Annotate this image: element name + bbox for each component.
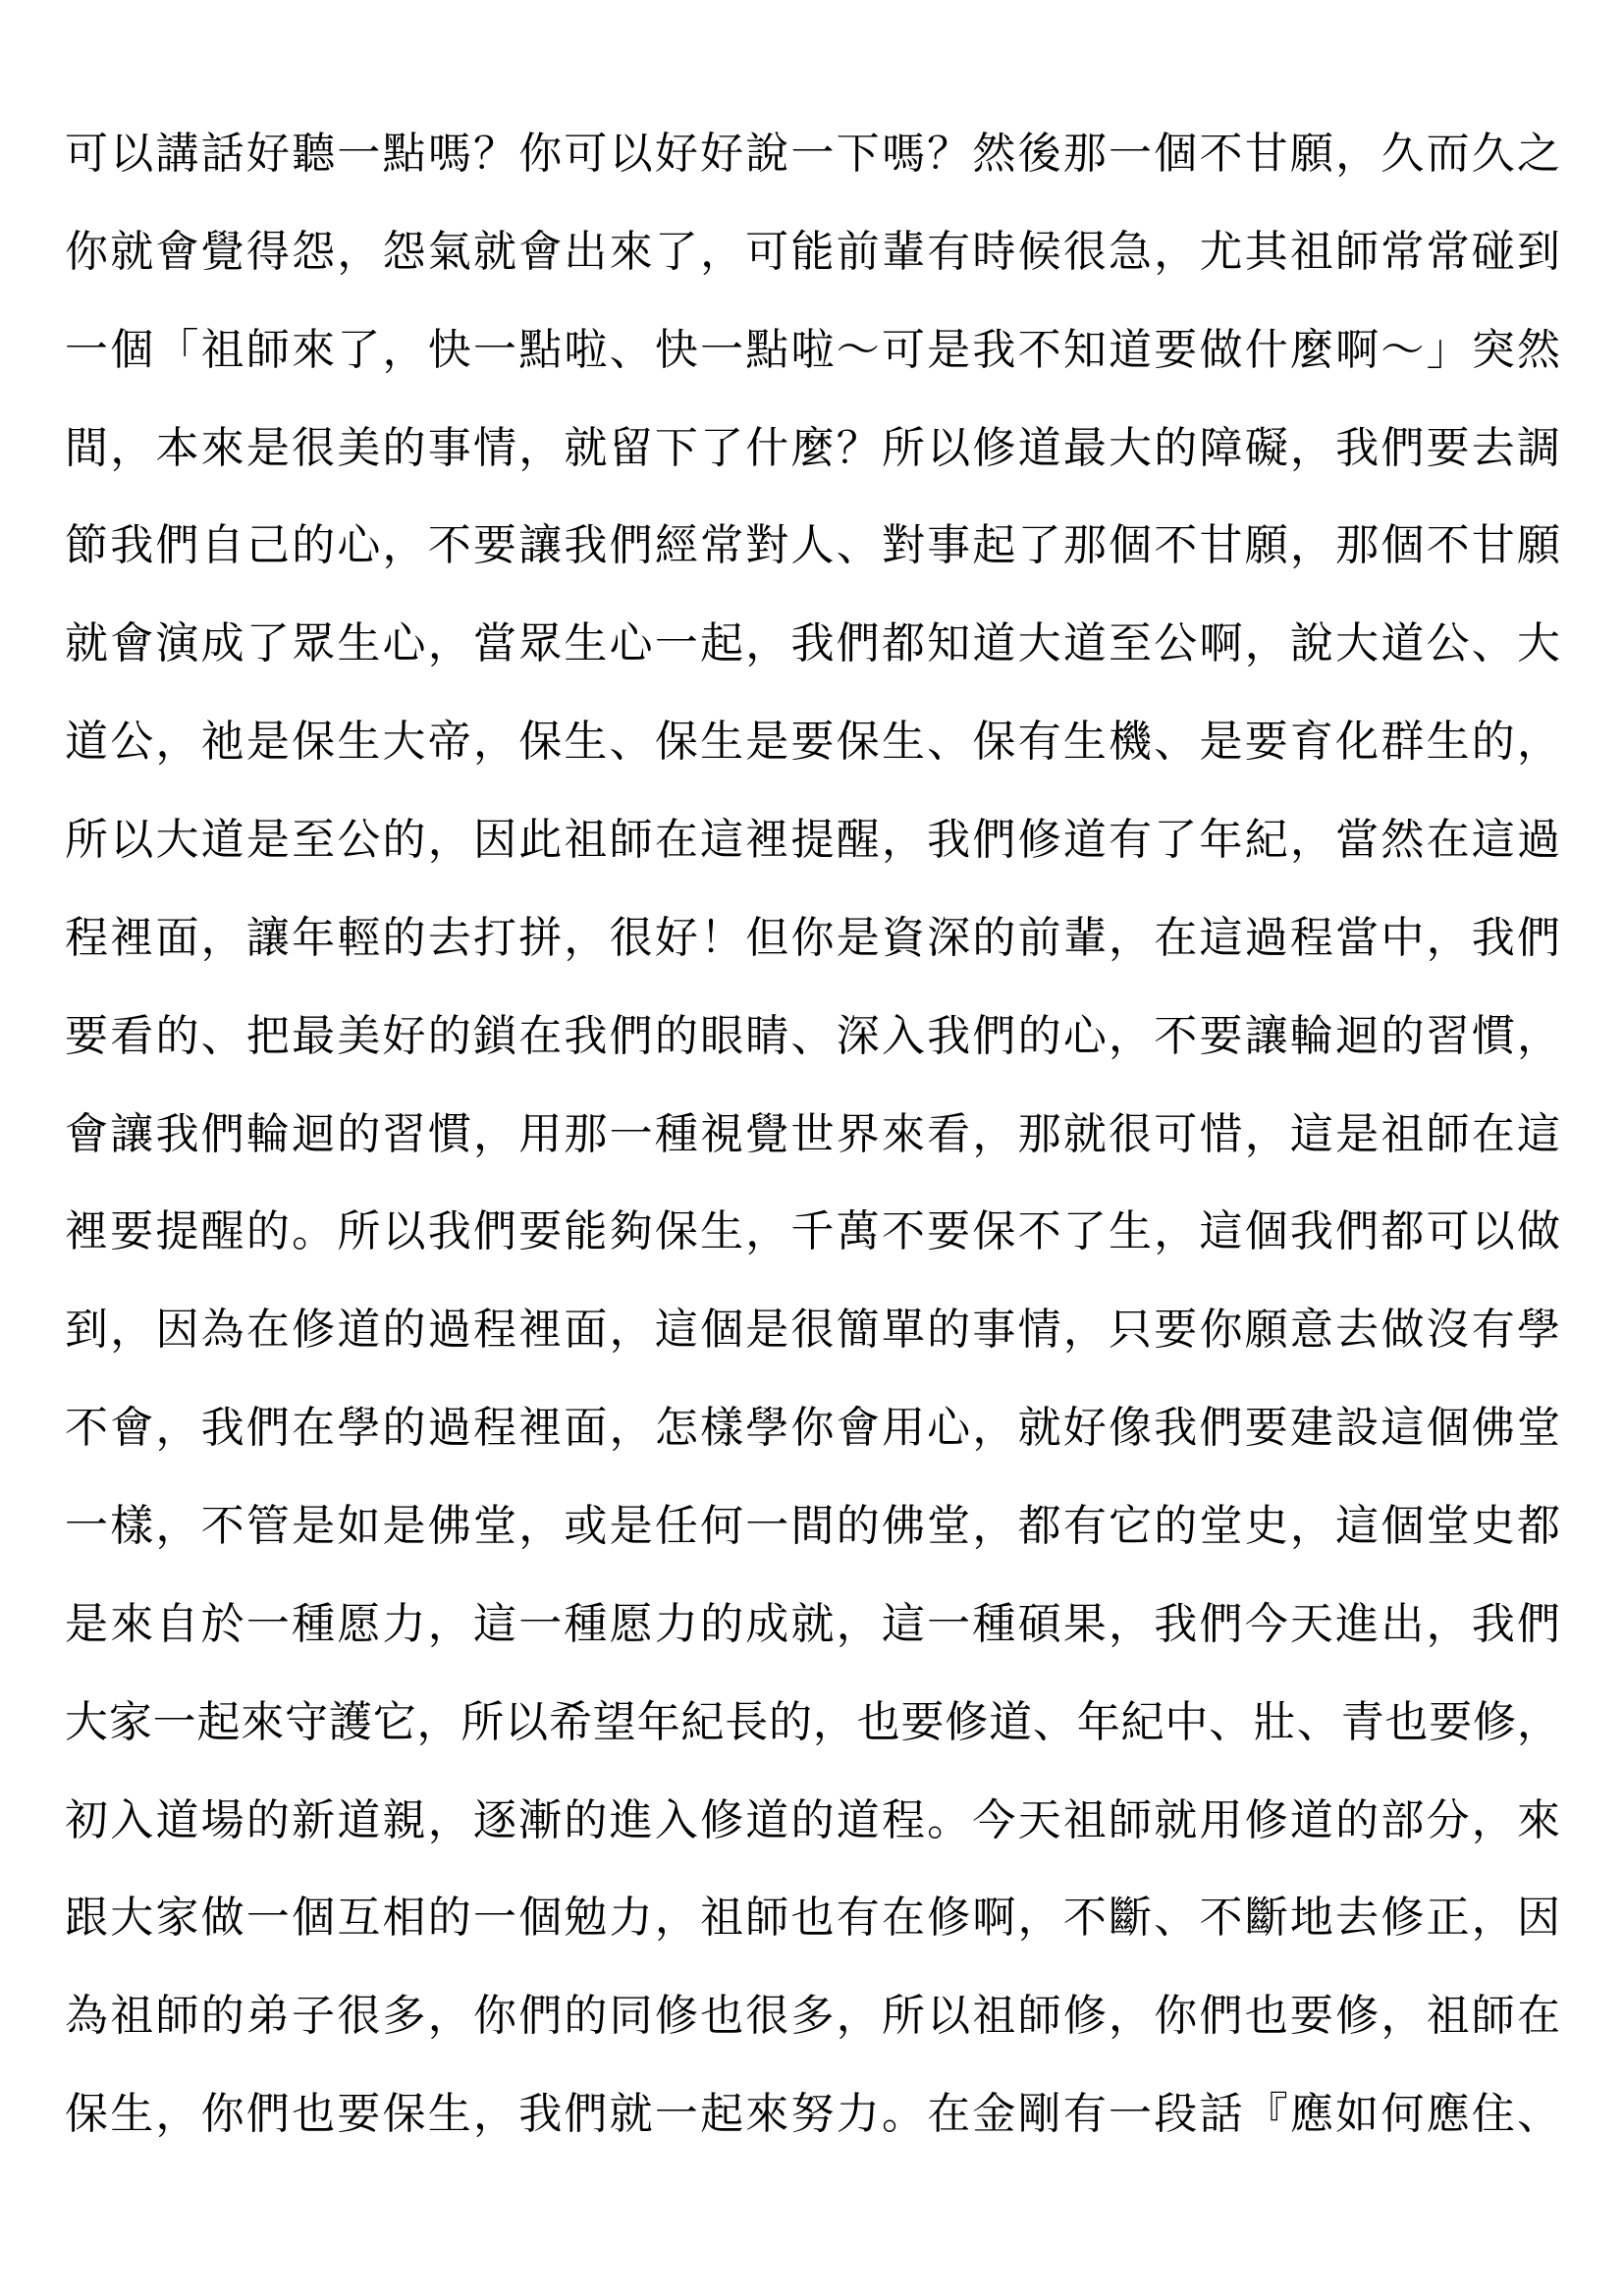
document-page: 可以講話好聽一點嗎？你可以好好說一下嗎？然後那一個不甘願，久而久之 你就會覺得怨…	[0, 0, 1624, 2296]
text-line: 節我們自己的心，不要讓我們經常對人、對事起了那個不甘願，那個不甘願	[65, 492, 1560, 590]
text-line: 所以大道是至公的，因此祖師在這裡提醒，我們修道有了年紀，當然在這過	[65, 786, 1560, 884]
text-line: 初入道場的新道親，逐漸的進入修道的道程。今天祖師就用修道的部分，來	[65, 1767, 1560, 1865]
text-line: 程裡面，讓年輕的去打拼，很好！但你是資深的前輩，在這過程當中，我們	[65, 884, 1560, 983]
text-line: 就會演成了眾生心，當眾生心一起，我們都知道大道至公啊，說大道公、大	[65, 590, 1560, 688]
text-line: 是來自於一種愿力，這一種愿力的成就，這一種碩果，我們今天進出，我們	[65, 1571, 1560, 1669]
text-line: 大家一起來守護它，所以希望年紀長的，也要修道、年紀中、壯、青也要修，	[65, 1669, 1560, 1767]
text-line: 道公，祂是保生大帝，保生、保生是要保生、保有生機、是要育化群生的，	[65, 688, 1560, 786]
text-line: 一樣，不管是如是佛堂，或是任何一間的佛堂，都有它的堂史，這個堂史都	[65, 1472, 1560, 1571]
text-line: 到，因為在修道的過程裡面，這個是很簡單的事情，只要你願意去做沒有學	[65, 1276, 1560, 1374]
text-line: 可以講話好聽一點嗎？你可以好好說一下嗎？然後那一個不甘願，久而久之	[65, 100, 1560, 198]
text-line: 要看的、把最美好的鎖在我們的眼睛、深入我們的心，不要讓輪迴的習慣，	[65, 983, 1560, 1081]
text-line: 裡要提醒的。所以我們要能夠保生，千萬不要保不了生，這個我們都可以做	[65, 1178, 1560, 1276]
text-line: 保生，你們也要保生，我們就一起來努力。在金剛有一段話『應如何應住、	[65, 2060, 1560, 2159]
text-line: 間，本來是很美的事情，就留下了什麼？所以修道最大的障礙，我們要去調	[65, 395, 1560, 493]
text-line: 你就會覺得怨，怨氣就會出來了，可能前輩有時候很急，尤其祖師常常碰到	[65, 198, 1560, 296]
text-body: 可以講話好聽一點嗎？你可以好好說一下嗎？然後那一個不甘願，久而久之 你就會覺得怨…	[65, 100, 1560, 2159]
text-line: 會讓我們輪迴的習慣，用那一種視覺世界來看，那就很可惜，這是祖師在這	[65, 1081, 1560, 1179]
text-line: 一個「祖師來了，快一點啦、快一點啦～可是我不知道要做什麼啊～」突然	[65, 296, 1560, 395]
text-line: 跟大家做一個互相的一個勉力，祖師也有在修啊，不斷、不斷地去修正，因	[65, 1864, 1560, 1962]
text-line: 為祖師的弟子很多，你們的同修也很多，所以祖師修，你們也要修，祖師在	[65, 1962, 1560, 2060]
text-line: 不會，我們在學的過程裡面，怎樣學你會用心，就好像我們要建設這個佛堂	[65, 1374, 1560, 1472]
